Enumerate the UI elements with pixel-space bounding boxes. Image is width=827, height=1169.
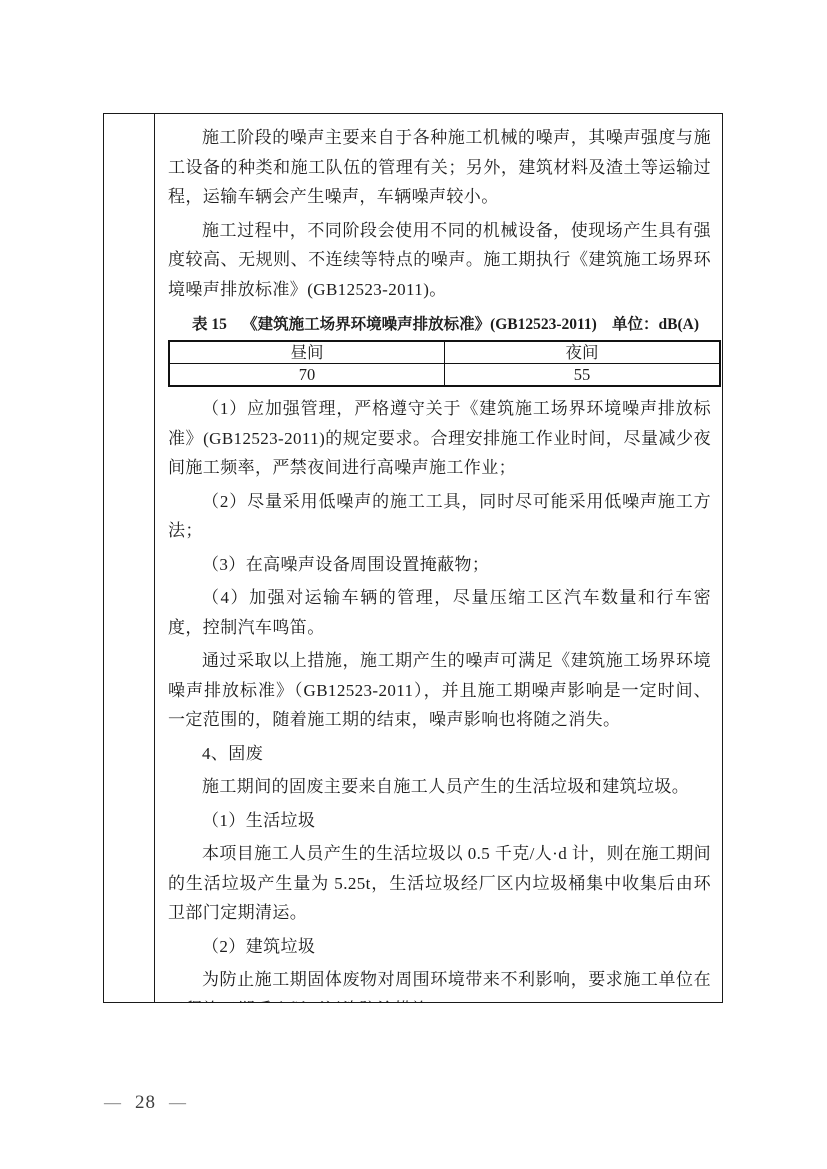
table-caption-unit: 单位：dB(A)	[612, 314, 699, 336]
table-caption-title: 《建筑施工场界环境噪声排放标准》(GB12523-2011)	[242, 314, 597, 336]
table-value-nighttime: 55	[445, 364, 721, 387]
table-caption: 表 15 《建筑施工场界环境噪声排放标准》(GB12523-2011) 单位：d…	[168, 314, 711, 336]
noise-standard-table: 昼间 夜间 70 55	[168, 340, 721, 387]
heading-solid-waste: 4、固废	[168, 739, 711, 769]
table-value-daytime: 70	[169, 364, 445, 387]
table-caption-label: 表 15	[192, 314, 227, 336]
table-header-daytime: 昼间	[169, 341, 445, 364]
paragraph-noise-sources: 施工阶段的噪声主要来自于各种施工机械的噪声，其噪声强度与施工设备的种类和施工队伍…	[168, 123, 711, 212]
paragraph-domestic-garbage: 本项目施工人员产生的生活垃圾以 0.5 千克/人·d 计，则在施工期间的生活垃圾…	[168, 839, 711, 928]
paragraph-measure-1: （1）应加强管理，严格遵守关于《建筑施工场界环境噪声排放标准》(GB12523-…	[168, 394, 711, 483]
table-header-row: 昼间 夜间	[169, 341, 720, 364]
subheading-construction-waste: （2）建筑垃圾	[168, 932, 711, 962]
paragraph-solid-waste-intro: 施工期间的固废主要来自施工人员产生的生活垃圾和建筑垃圾。	[168, 772, 711, 802]
paragraph-measure-2: （2）尽量采用低噪声的施工工具，同时尽可能采用低噪声施工方法；	[168, 487, 711, 546]
footer-left-dash: —	[104, 1095, 122, 1111]
paragraph-measure-3: （3）在高噪声设备周围设置掩蔽物；	[168, 550, 711, 580]
subheading-domestic-garbage: （1）生活垃圾	[168, 806, 711, 836]
document-frame: 施工阶段的噪声主要来自于各种施工机械的噪声，其噪声强度与施工设备的种类和施工队伍…	[103, 113, 723, 1003]
table-value-row: 70 55	[169, 364, 720, 387]
paragraph-construction-waste: 为防止施工期固体废物对周围环境带来不利影响，要求施工单位在工程施工期采取以下污染…	[168, 965, 711, 1002]
table-header-nighttime: 夜间	[445, 341, 721, 364]
page-number: 28	[135, 1092, 156, 1114]
left-empty-column	[104, 114, 155, 1002]
paragraph-noise-process: 施工过程中，不同阶段会使用不同的机械设备，使现场产生具有强度较高、无规则、不连续…	[168, 216, 711, 305]
page-footer: — 28 —	[104, 1092, 187, 1114]
paragraph-noise-conclusion: 通过采取以上措施，施工期产生的噪声可满足《建筑施工场界环境噪声排放标准》（GB1…	[168, 646, 711, 735]
footer-right-dash: —	[169, 1095, 187, 1111]
paragraph-measure-4: （4）加强对运输车辆的管理，尽量压缩工区汽车数量和行车密度，控制汽车鸣笛。	[168, 583, 711, 642]
document-content: 施工阶段的噪声主要来自于各种施工机械的噪声，其噪声强度与施工设备的种类和施工队伍…	[155, 114, 722, 1002]
